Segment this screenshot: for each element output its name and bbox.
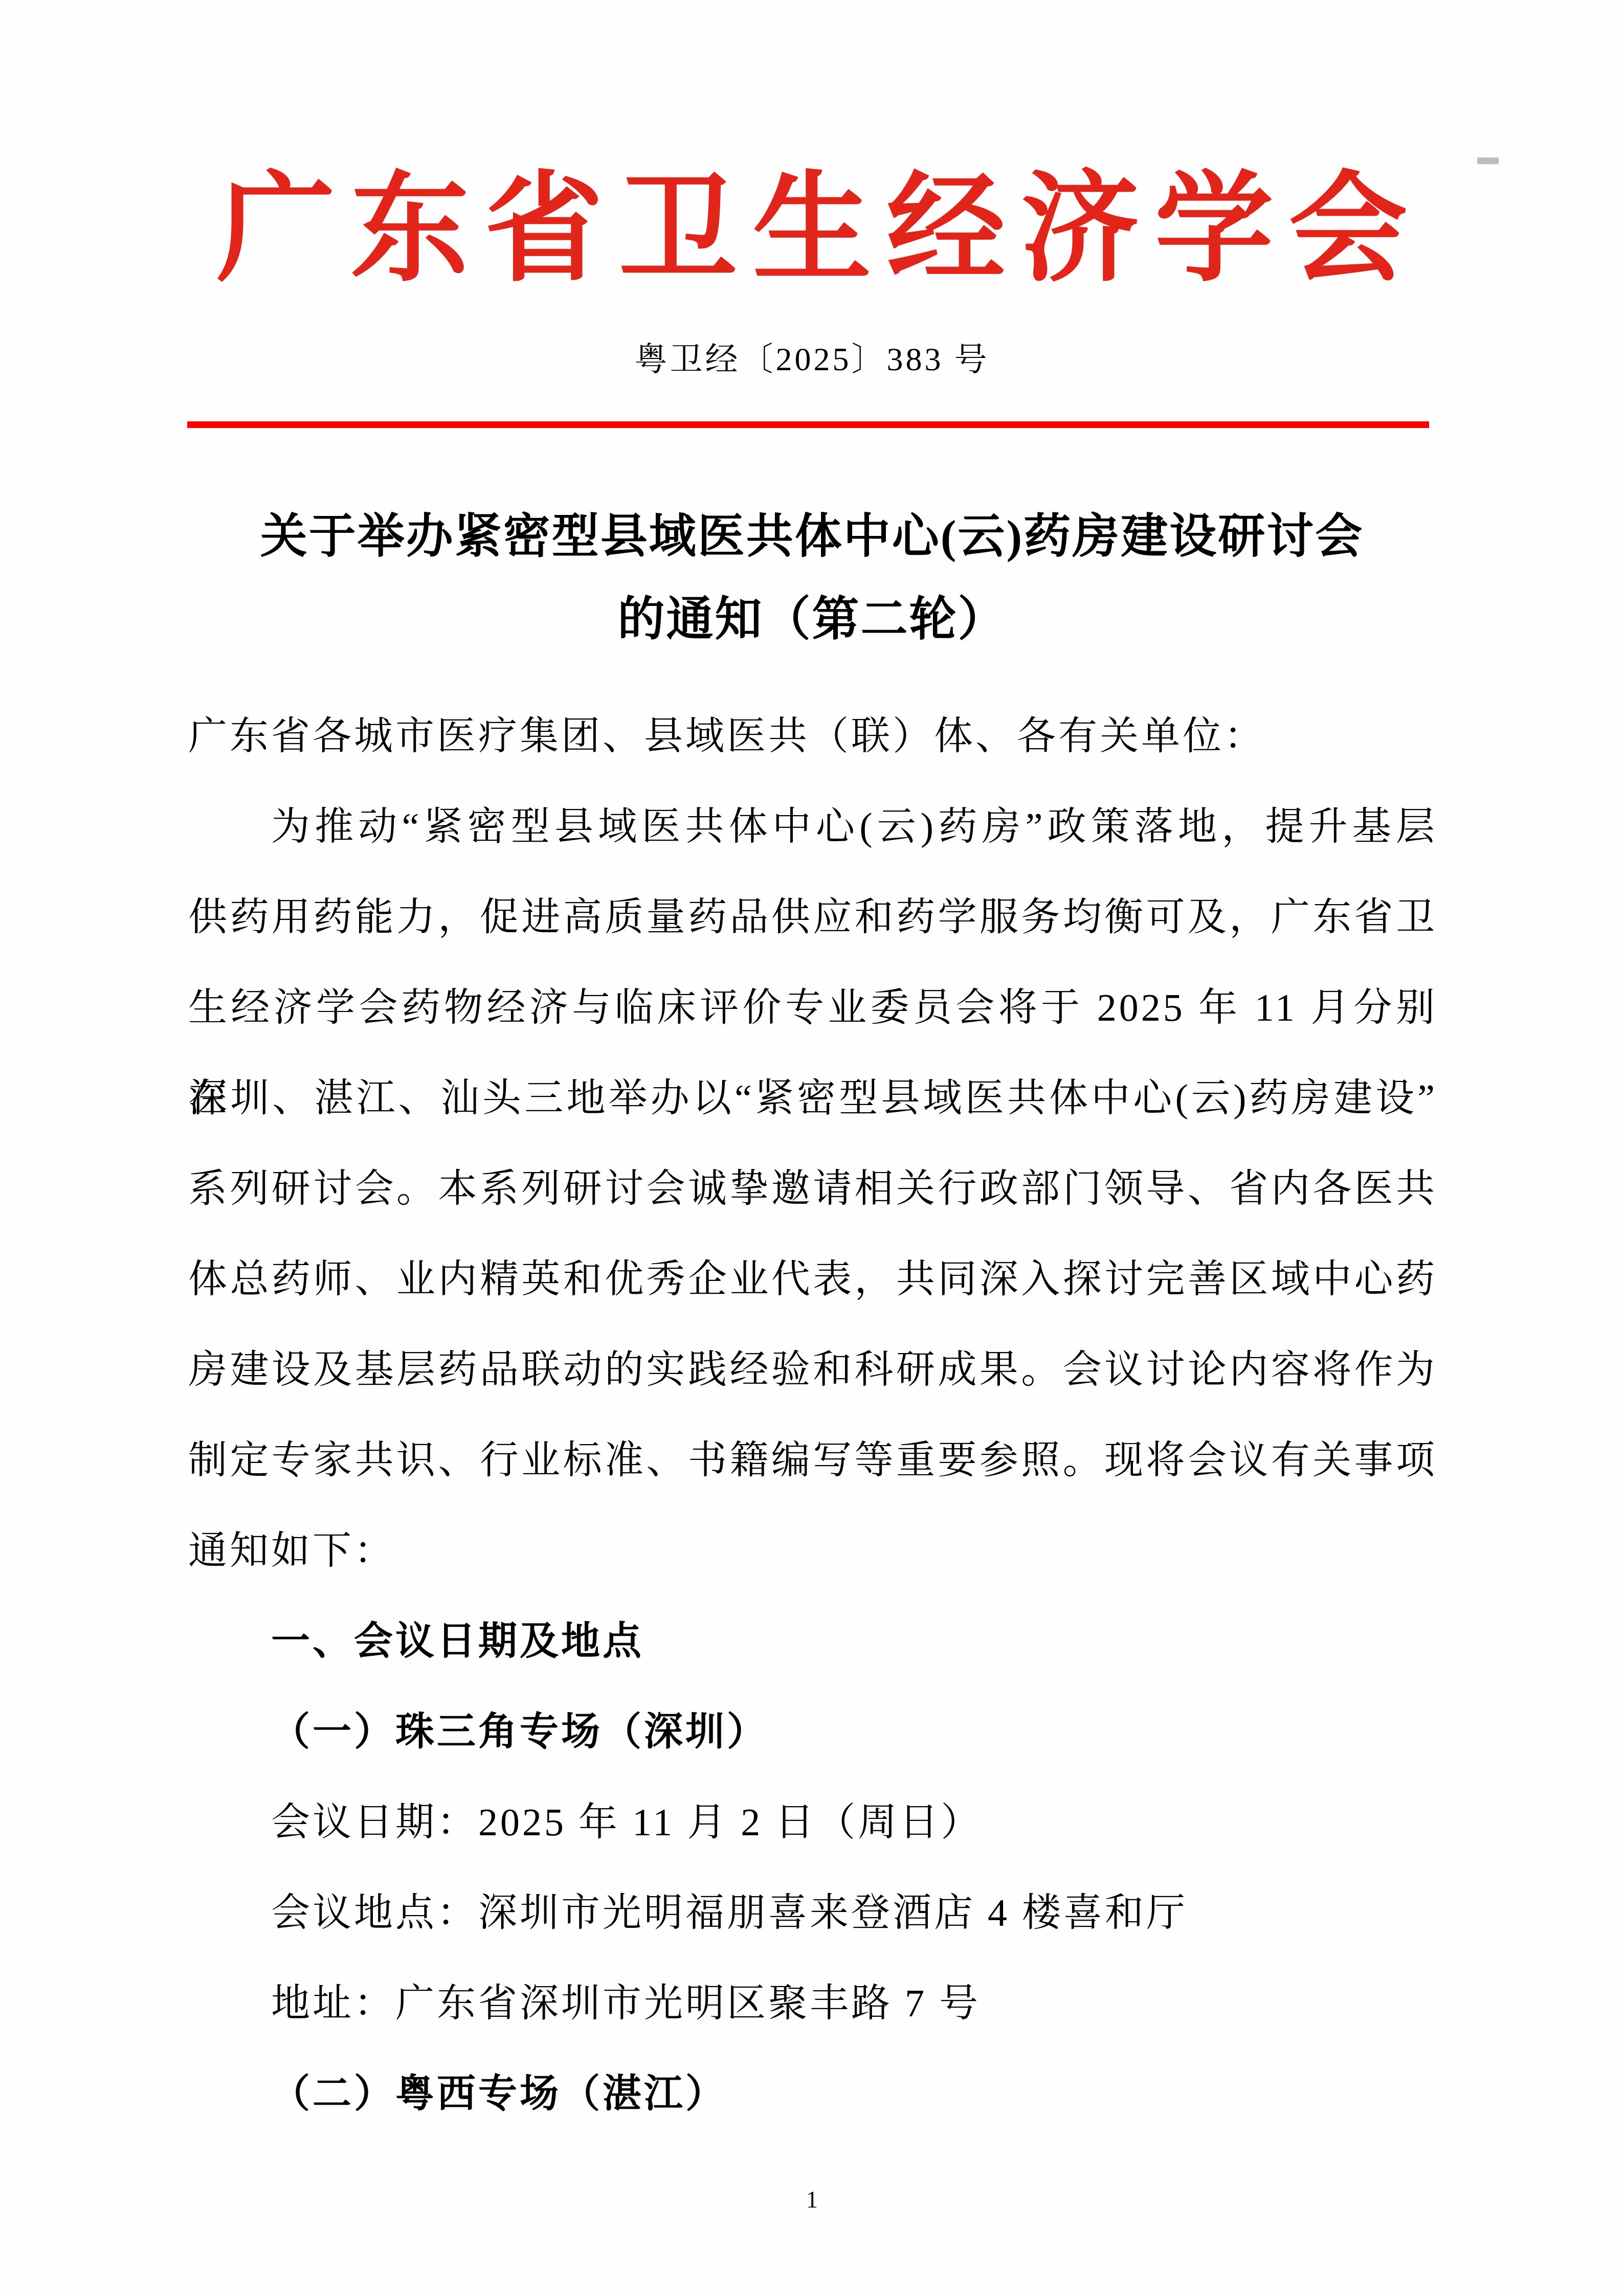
paragraph-line: 房建设及基层药品联动的实践经验和科研成果。会议讨论内容将作为 bbox=[188, 1325, 1437, 1415]
paragraph-line: 制定专家共识、行业标准、书籍编写等重要参照。现将会议有关事项 bbox=[188, 1415, 1437, 1506]
section1-heading: 一、会议日期及地点 bbox=[188, 1596, 1437, 1687]
paragraph-line: 供药用药能力，促进高质量药品供应和药学服务均衡可及，广东省卫 bbox=[188, 872, 1437, 963]
paragraph-line: 通知如下： bbox=[188, 1506, 1437, 1596]
letterhead-title: 广东省卫生经济学会 bbox=[0, 151, 1624, 309]
document-number: 粤卫经〔2025〕383 号 bbox=[0, 331, 1624, 388]
paragraph-line: 系列研讨会。本系列研讨会诚挚邀请相关行政部门领导、省内各医共 bbox=[188, 1144, 1437, 1234]
scan-smudge-mark bbox=[1477, 157, 1499, 164]
paragraph-line: 生经济学会药物经济与临床评价专业委员会将于 2025 年 11 月分别在 bbox=[188, 963, 1437, 1053]
subsection1-heading: （一）珠三角专场（深圳） bbox=[188, 1687, 1437, 1777]
salutation-line: 广东省各城市医疗集团、县域医共（联）体、各有关单位： bbox=[188, 691, 1437, 782]
paragraph-line: 深圳、湛江、汕头三地举办以“紧密型县域医共体中心(云)药房建设” bbox=[188, 1053, 1437, 1144]
meeting-date-line: 会议日期：2025 年 11 月 2 日（周日） bbox=[188, 1777, 1437, 1868]
document-page: 广东省卫生经济学会 粤卫经〔2025〕383 号 关于举办紧密型县域医共体中心(… bbox=[0, 0, 1624, 2296]
document-title-line1: 关于举办紧密型县域医共体中心(云)药房建设研讨会 bbox=[0, 495, 1624, 578]
paragraph-line: 为推动“紧密型县域医共体中心(云)药房”政策落地，提升基层 bbox=[188, 782, 1437, 872]
meeting-address-line: 地址：广东省深圳市光明区聚丰路 7 号 bbox=[188, 1959, 1437, 2049]
paragraph-line: 体总药师、业内精英和优秀企业代表，共同深入探讨完善区域中心药 bbox=[188, 1234, 1437, 1325]
subsection2-heading: （二）粤西专场（湛江） bbox=[188, 2049, 1437, 2140]
meeting-venue-line: 会议地点：深圳市光明福朋喜来登酒店 4 楼喜和厅 bbox=[188, 1868, 1437, 1959]
document-body: 广东省各城市医疗集团、县域医共（联）体、各有关单位： 为推动“紧密型县域医共体中… bbox=[188, 691, 1437, 2140]
document-title: 关于举办紧密型县域医共体中心(云)药房建设研讨会 的通知（第二轮） bbox=[0, 495, 1624, 661]
red-divider-rule bbox=[187, 421, 1429, 428]
document-title-line2: 的通知（第二轮） bbox=[0, 578, 1624, 661]
page-number: 1 bbox=[0, 2185, 1624, 2215]
